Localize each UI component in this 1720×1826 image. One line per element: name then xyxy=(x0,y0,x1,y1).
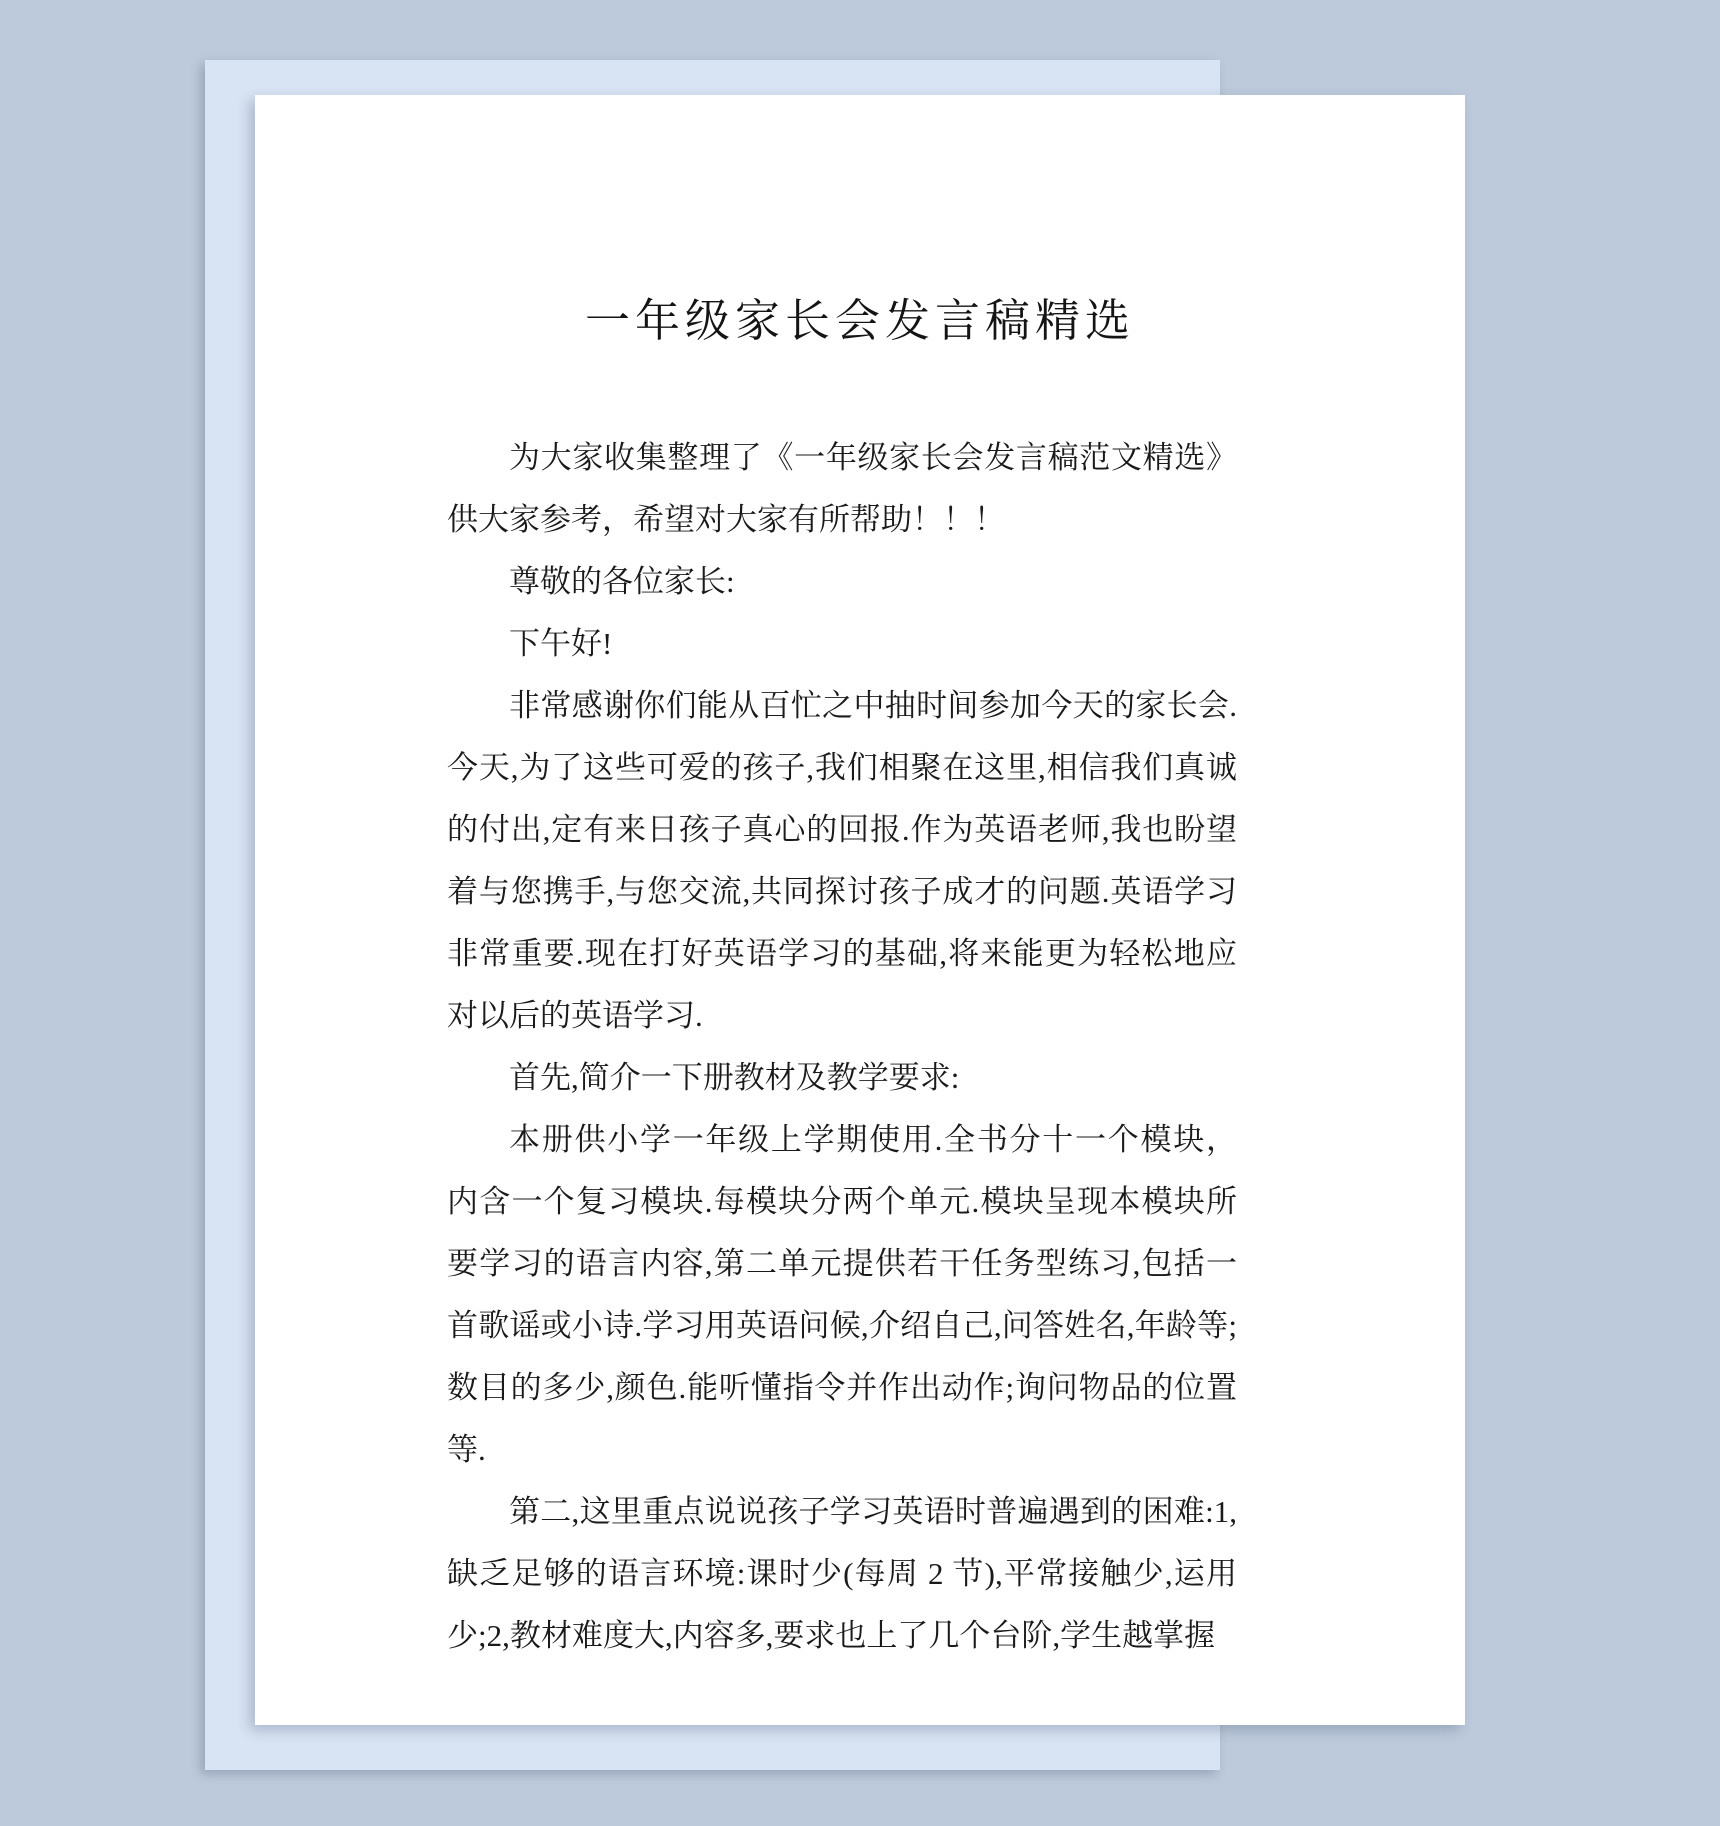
paragraph-secondly: 第二,这里重点说说孩子学习英语时普遍遇到的困难:1,缺乏足够的语言环境:课时少(… xyxy=(447,1481,1237,1667)
paragraph-salutation: 尊敬的各位家长: xyxy=(447,551,1237,613)
paragraph-textbook: 本册供小学一年级上学期使用.全书分十一个模块， 内含一个复习模块.每模块分两个单… xyxy=(447,1109,1237,1481)
paragraph-intro: 为大家收集整理了《一年级家长会发言稿范文精选》供大家参考，希望对大家有所帮助！！… xyxy=(447,427,1237,551)
paragraph-firstly: 首先,简介一下册教材及教学要求: xyxy=(447,1047,1237,1109)
document-page: 一年级家长会发言稿精选 为大家收集整理了《一年级家长会发言稿范文精选》供大家参考… xyxy=(255,95,1465,1725)
document-body: 为大家收集整理了《一年级家长会发言稿范文精选》供大家参考，希望对大家有所帮助！！… xyxy=(447,427,1237,1667)
paragraph-thanks: 非常感谢你们能从百忙之中抽时间参加今天的家长会. 今天,为了这些可爱的孩子,我们… xyxy=(447,675,1237,1047)
document-title: 一年级家长会发言稿精选 xyxy=(255,95,1465,347)
paragraph-greeting: 下午好! xyxy=(447,613,1237,675)
